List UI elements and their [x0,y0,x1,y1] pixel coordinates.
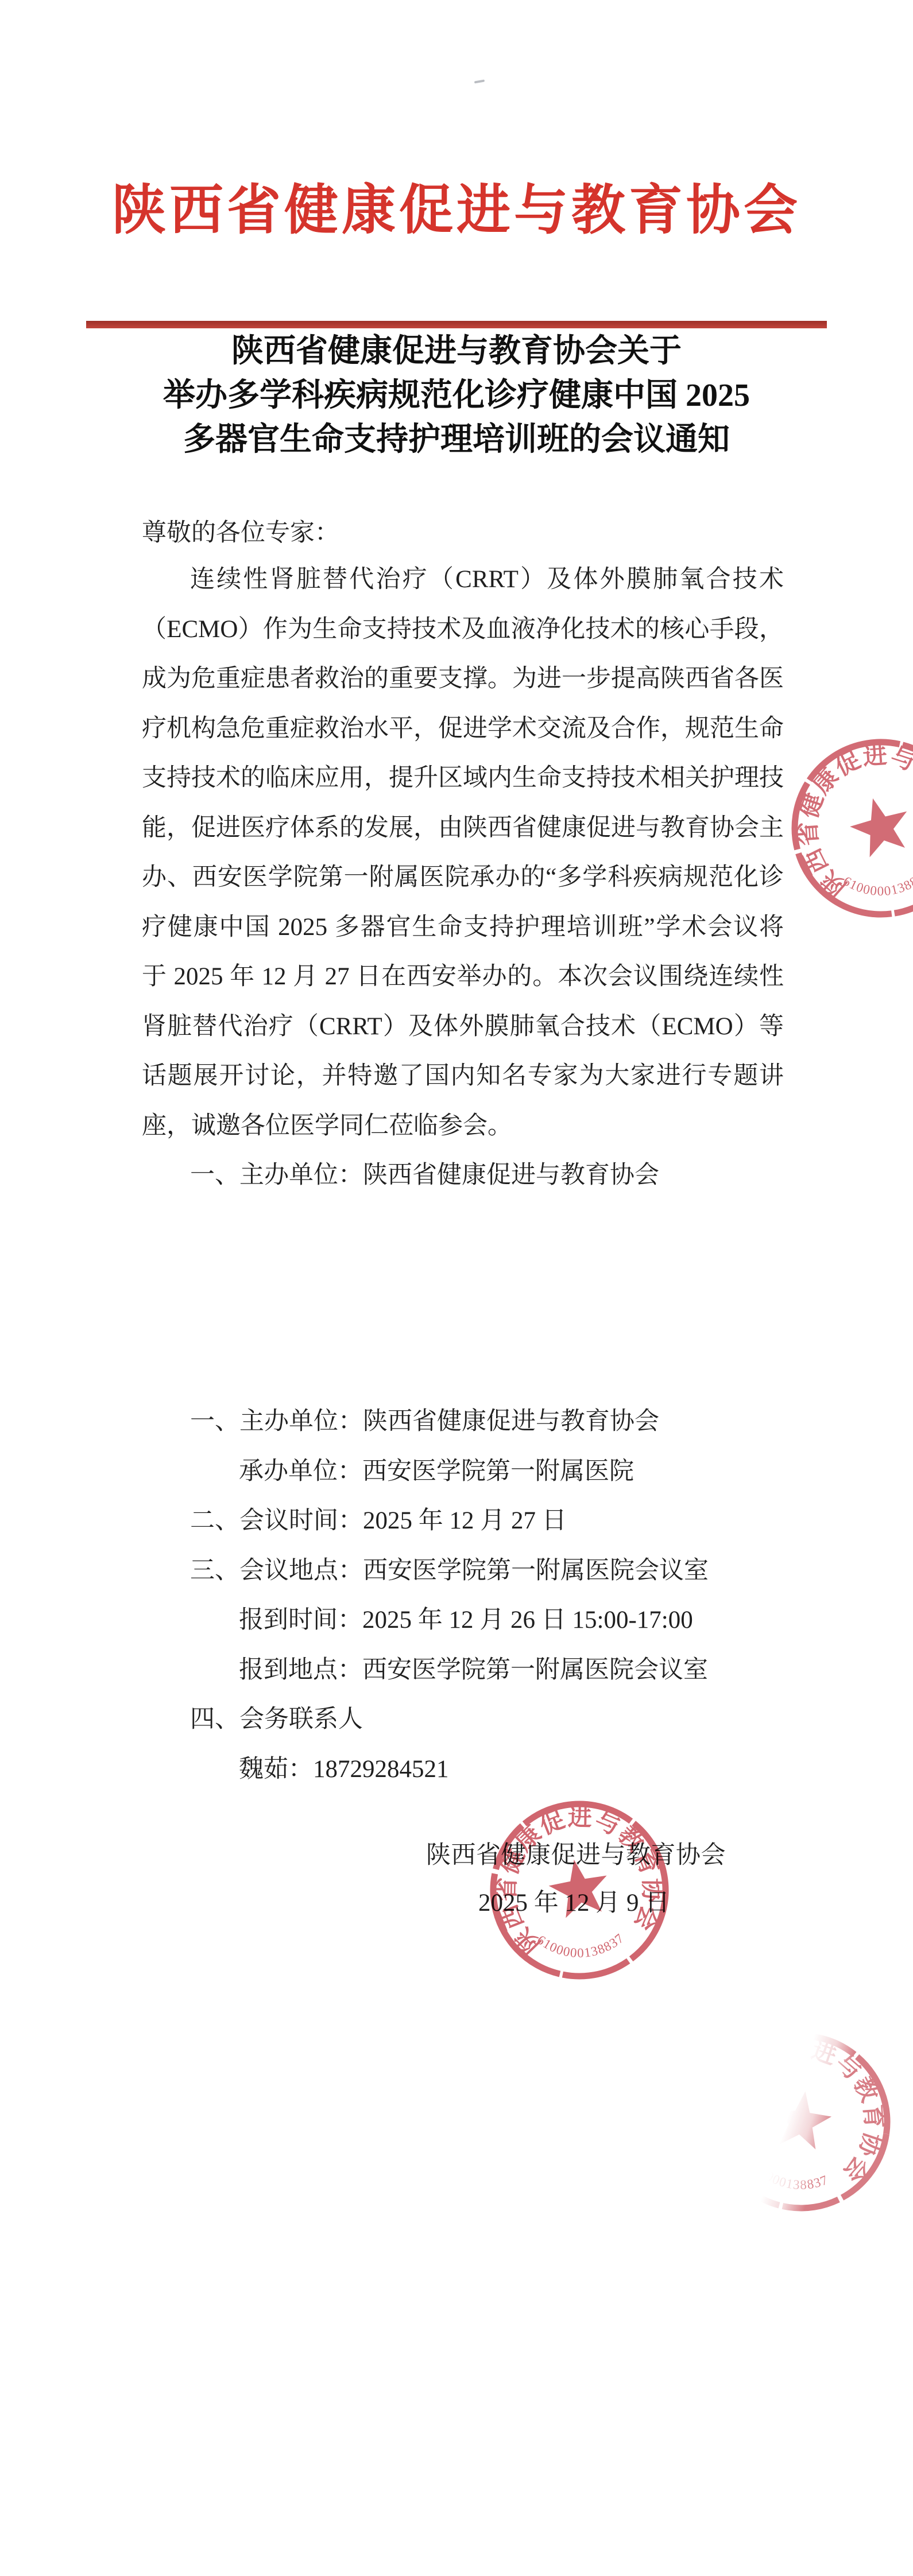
list-item-checkin-time: 报到时间：2025 年 12 月 26 日 15:00-17:00 [239,1596,831,1646]
svg-text:陕西省健康促进与教育协会: 陕西省健康促进与教育协会 [707,2024,899,2191]
list-item-contact-phone: 魏茹：18729284521 [239,1745,831,1795]
notice-title-line: 举办多学科疾病规范化诊疗健康中国 2025 [86,374,827,418]
meeting-info-list: 一、主办单位：陕西省健康促进与教育协会 承办单位：西安医学院第一附属医院 二、会… [142,1397,831,1794]
seal-serial-number: 6100000138837 [738,2150,833,2197]
list-item-organizer: 承办单位：西安医学院第一附属医院 [239,1447,831,1497]
seal-ring [775,723,913,933]
letterhead-title: 陕西省健康促进与教育协会 [0,179,913,242]
salutation: 尊敬的各位专家： [142,509,339,558]
paragraph-line: （ECMO）作为生命支持技术及血液净化技术的核心手段，已 [142,605,784,655]
svg-text:6100000138837: 6100000138837 [838,852,913,910]
svg-text:陕西省健康促进与教育协会: 陕西省健康促进与教育协会 [479,1790,675,1962]
svg-text:陕西省健康促进与教育协会: 陕西省健康促进与教育协会 [775,722,913,907]
paragraph-line: 于 2025 年 12 月 27 日在西安举办的。本次会议围绕连续性 [142,952,784,1002]
paragraph-line: 话题展开讨论，并特邀了国内知名专家为大家进行专题讲 [142,1052,784,1101]
paragraph-line: 疗健康中国 2025 多器官生命支持护理培训班”学术会议将 [142,903,784,953]
seal-ring-text: 陕西省健康促进与教育协会 [479,1790,675,1962]
svg-text:6100000138837: 6100000138837 [533,1918,629,1968]
list-item-checkin-place: 报到地点：西安医学院第一附属医院会议室 [239,1646,831,1696]
letterhead-divider-rule [86,321,827,328]
notice-title-line: 陕西省健康促进与教育协会关于 [86,329,827,374]
signature-date: 2025 年 12 月 9 日 [478,1883,670,1918]
star-icon [768,2087,834,2151]
seal-ring-text: 陕西省健康促进与教育协会 [707,2024,899,2191]
svg-text:6100000138837: 6100000138837 [738,2150,833,2197]
paragraph-line: 成为危重症患者救治的重要支撑。为进一步提高陕西省各医 [142,654,784,704]
paragraph-line: 疗机构急危重症救治水平，促进学术交流及合作，规范生命 [142,704,784,754]
signature-org: 陕西省健康促进与教育协会 [426,1836,726,1871]
list-item-host-org: 一、主办单位：陕西省健康促进与教育协会 [190,1397,831,1447]
paragraph-line: 支持技术的临床应用，提升区域内生命支持技术相关护理技 [142,754,784,804]
notice-title-line: 多器官生命支持护理培训班的会议通知 [86,418,827,462]
list-item-contact: 四、会务联系人 [190,1695,831,1745]
list-item-meeting-place: 三、会议地点：西安医学院第一附属医院会议室 [190,1546,831,1596]
paragraph-line: 座，诚邀各位医学同仁莅临参会。 [142,1101,784,1151]
star-icon [844,791,913,860]
paragraph-line: 办、西安医学院第一附属医院承办的“多学科疾病规范化诊 [142,853,784,903]
seal-serial-number: 6100000138837 [838,852,913,910]
seal-ring-text: 陕西省健康促进与教育协会 [775,722,913,907]
list-item-host-org: 一、主办单位：陕西省健康促进与教育协会 [190,1151,784,1201]
paragraph-line: 能，促进医疗体系的发展，由陕西省健康促进与教育协会主 [142,804,784,854]
paragraph-line: 连续性肾脏替代治疗（CRRT）及体外膜肺氧合技术 [142,555,784,605]
official-seal-partial-bottom: 陕西省健康促进与教育协会 6100000138837 [687,2008,913,2235]
scanned-notice-page: 陕西省健康促进与教育协会 陕西省健康促进与教育协会关于 举办多学科疾病规范化诊疗… [0,0,913,2576]
stray-scan-mark [474,79,485,83]
body-paragraph: 连续性肾脏替代治疗（CRRT）及体外膜肺氧合技术 （ECMO）作为生命支持技术及… [142,555,784,1201]
list-item-meeting-time: 二、会议时间：2025 年 12 月 27 日 [190,1496,831,1546]
seal-ring [704,2025,899,2220]
paragraph-line: 肾脏替代治疗（CRRT）及体外膜肺氧合技术（ECMO）等热点 [142,1002,784,1052]
notice-title: 陕西省健康促进与教育协会关于 举办多学科疾病规范化诊疗健康中国 2025 多器官… [86,329,827,462]
seal-serial-number: 6100000138837 [533,1918,629,1968]
